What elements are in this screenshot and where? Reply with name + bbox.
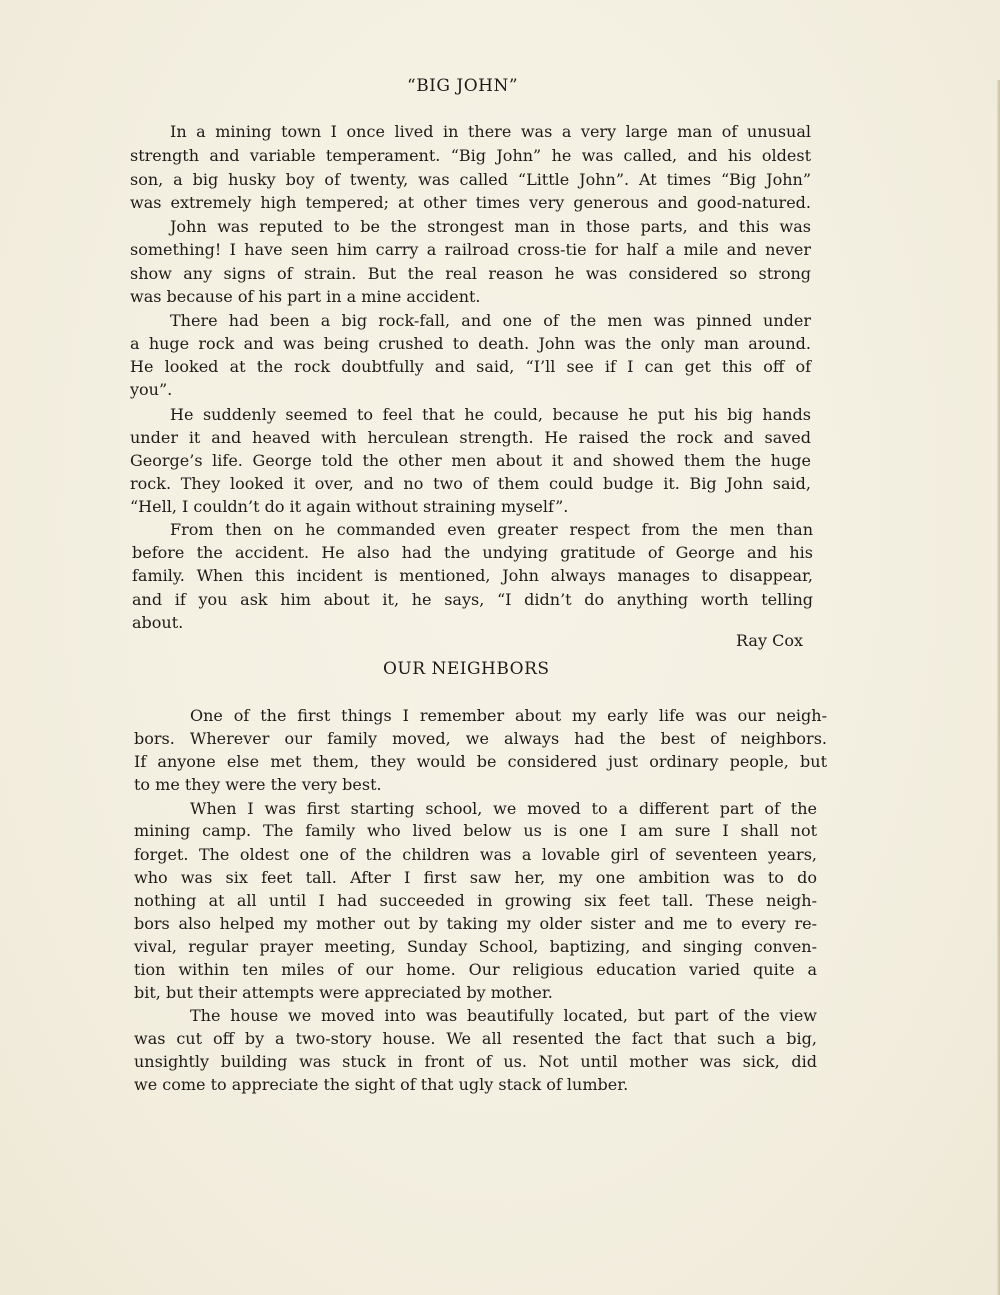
text-line: was because of his part in a mine accide… (130, 289, 811, 305)
text-line: mining camp. The family who lived below … (134, 823, 817, 839)
text-line: John was reputed to be the strongest man… (170, 219, 811, 235)
scanned-page: “BIG JOHN” In a mining town I once lived… (0, 0, 1000, 1295)
text-line: He looked at the rock doubtfully and sai… (130, 359, 811, 375)
text-line: George’s life. George told the other men… (130, 453, 811, 469)
text-line: vival, regular prayer meeting, Sunday Sc… (134, 939, 817, 955)
text-line: family. When this incident is mentioned,… (132, 568, 813, 584)
text-line: There had been a big rock-fall, and one … (170, 313, 811, 329)
text-line: to me they were the very best. (134, 777, 827, 793)
text-line: before the accident. He also had the und… (132, 545, 813, 561)
text-line: The house we moved into was beautifully … (190, 1008, 817, 1024)
text-line: under it and heaved with herculean stren… (130, 430, 811, 446)
text-line: He suddenly seemed to feel that he could… (170, 407, 811, 423)
text-line: When I was first starting school, we mov… (190, 801, 817, 817)
text-line: “Hell, I couldn’t do it again without st… (130, 499, 811, 515)
text-line: was extremely high tempered; at other ti… (130, 195, 811, 211)
text-line: nothing at all until I had succeeded in … (134, 893, 817, 909)
story-title-our-neighbors: OUR NEIGHBORS (383, 661, 550, 678)
text-line: If anyone else met them, they would be c… (134, 754, 827, 770)
story-title-big-john: “BIG JOHN” (407, 78, 518, 95)
text-line: who was six feet tall. After I first saw… (134, 870, 817, 886)
text-line: son, a big husky boy of twenty, was call… (130, 172, 811, 188)
text-line: you”. (130, 382, 811, 398)
text-line: strength and variable temperament. “Big … (130, 148, 811, 164)
text-line: bors also helped my mother out by taking… (134, 916, 817, 932)
text-line: forget. The oldest one of the children w… (134, 847, 817, 863)
text-line: something! I have seen him carry a railr… (130, 242, 811, 258)
text-line: and if you ask him about it, he says, “I… (132, 592, 813, 608)
text-line: unsightly building was stuck in front of… (134, 1054, 817, 1070)
text-line: about. (132, 615, 813, 631)
text-line: show any signs of strain. But the real r… (130, 266, 811, 282)
text-line: tion within ten miles of our home. Our r… (134, 962, 817, 978)
text-line: In a mining town I once lived in there w… (170, 124, 811, 140)
text-line: rock. They looked it over, and no two of… (130, 476, 811, 492)
text-line: was cut off by a two-story house. We all… (134, 1031, 817, 1047)
text-line: One of the first things I remember about… (190, 708, 827, 724)
author-signature: Ray Cox (736, 633, 803, 649)
text-line: bors. Wherever our family moved, we alwa… (134, 731, 827, 747)
text-line: we come to appreciate the sight of that … (134, 1077, 817, 1093)
text-line: a huge rock and was being crushed to dea… (130, 336, 811, 352)
text-line: bit, but their attempts were appreciated… (134, 985, 817, 1001)
text-line: From then on he commanded even greater r… (170, 522, 813, 538)
